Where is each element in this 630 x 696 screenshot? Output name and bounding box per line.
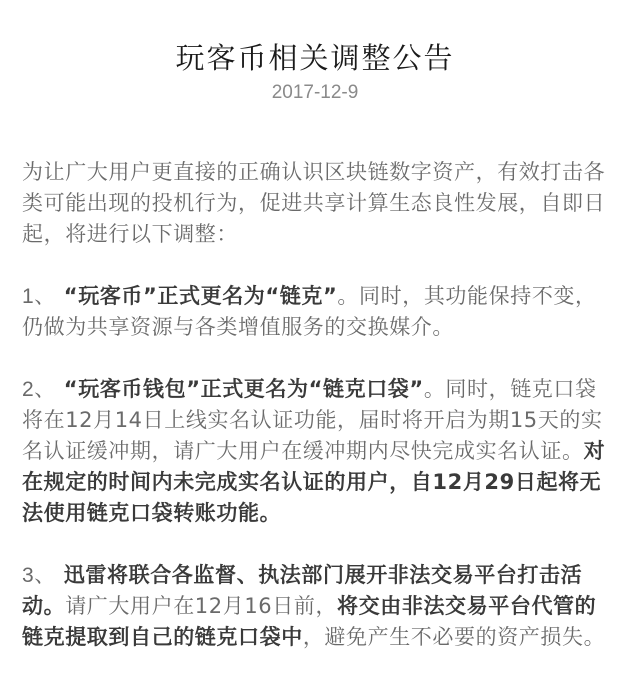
announcement-header: 玩客币相关调整公告 2017-12-9 bbox=[0, 40, 630, 105]
item-1: 1、 “玩客币”正式更名为“链克”。同时，其功能保持不变，仍做为共享资源与各类增… bbox=[22, 281, 612, 343]
page-title: 玩客币相关调整公告 bbox=[0, 40, 630, 76]
item-3: 3、 迅雷将联合各监督、执法部门展开非法交易平台打击活动。请广大用户在12月16… bbox=[22, 560, 612, 653]
item-text-bold: “玩客币”正式更名为“链克” bbox=[56, 284, 338, 308]
item-text-bold: “玩客币钱包”正式更名为“链克口袋” bbox=[56, 377, 424, 401]
item-text: ，避免产生不必要的资产损失。 bbox=[303, 625, 605, 649]
item-number: 2、 bbox=[22, 378, 56, 401]
publish-date: 2017-12-9 bbox=[0, 81, 630, 105]
announcement-body: 为让广大用户更直接的正确认识区块链数字资产，有效打击各类可能出现的投机行为，促进… bbox=[22, 157, 612, 684]
item-text: 请广大用户在12月16日前， bbox=[65, 594, 337, 618]
item-2: 2、 “玩客币钱包”正式更名为“链克口袋”。同时，链克口袋将在12月14日上线实… bbox=[22, 374, 612, 529]
item-number: 3、 bbox=[22, 564, 56, 587]
intro-paragraph: 为让广大用户更直接的正确认识区块链数字资产，有效打击各类可能出现的投机行为，促进… bbox=[22, 157, 612, 250]
item-number: 1、 bbox=[22, 285, 56, 308]
